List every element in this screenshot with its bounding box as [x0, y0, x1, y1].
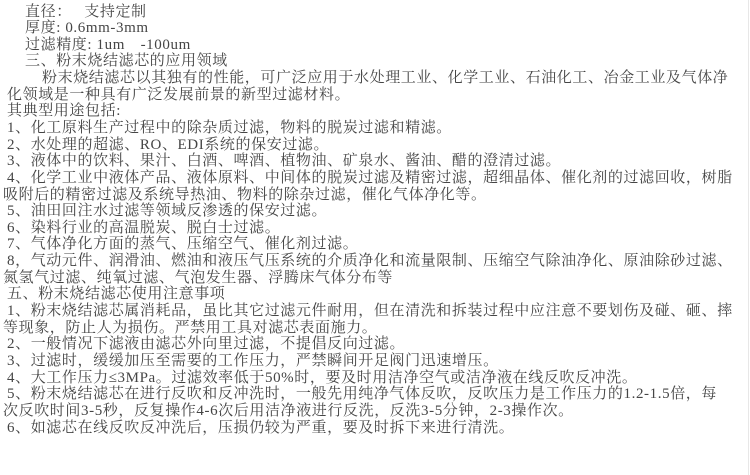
usage-note-1: 1、粉末烧结滤芯属消耗品，虽比其它过滤元件耐用，但在清洗和拆装过程中应注意不要划…	[7, 303, 748, 320]
usage-note-3: 3、过滤时，缓缓加压至需要的工作压力，严禁瞬间开足阀门迅速增压。	[7, 353, 748, 370]
application-item-2: 2、水处理的超滤、RO、EDI系统的保安过滤。	[7, 137, 748, 154]
section-heading-usage-notes: 五、粉末烧结滤芯使用注意事项	[7, 286, 748, 303]
application-item-4-continued: 吸附后的精密过滤及系统导热油、物料的除杂过滤，催化气体净化等。	[3, 187, 748, 204]
typical-uses-label: 其典型用途包括:	[7, 103, 748, 120]
usage-note-5: 5、粉末烧结滤芯在进行反吹和反冲洗时，一般先用纯净气体反吹，反吹压力是工作压力的…	[7, 386, 748, 403]
application-item-5: 5、油田回注水过滤等领域反渗透的保安过滤。	[7, 203, 748, 220]
application-item-6: 6、染料行业的高温脱炭、脱白士过滤。	[7, 220, 748, 237]
application-item-4: 4、化学工业中液体产品、液体原料、中间体的脱炭过滤及精密过滤，超细晶体、催化剂的…	[7, 170, 748, 187]
applications-intro-line-1: 粉末烧结滤芯以其独有的性能，可广泛应用于水处理工业、化学工业、石油化工、冶金工业…	[42, 70, 748, 87]
application-item-3: 3、液体中的饮料、果汁、白酒、啤酒、植物油、矿泉水、酱油、醋的澄清过滤。	[7, 153, 748, 170]
usage-note-5-continued: 次反吹时间3-5秒，反复操作4-6次后用洁净液进行反洗，反洗3-5分钟，2-3操…	[3, 403, 748, 420]
application-item-7: 7、气体净化方面的蒸气、压缩空气、催化剂过滤。	[7, 236, 748, 253]
usage-note-4: 4、大工作压力≤3MPa。过滤效率低于50%时，要及时用洁净空气或洁净液在线反吹…	[7, 370, 748, 387]
application-item-8-continued: 氮氢气过滤、纯氧过滤、气泡发生器、浮腾床气体分布等	[3, 270, 748, 287]
usage-note-2: 2、一般情况下滤液由滤芯外向里过滤，不提倡反向过滤。	[7, 336, 748, 353]
spec-line-thickness: 厚度: 0.6mm-3mm	[25, 20, 748, 37]
usage-note-1-continued: 等现象，防止人为损伤。严禁用工具对滤芯表面施力。	[3, 320, 748, 337]
applications-intro-line-2: 化领域是一种具有广泛发展前景的新型过滤材料。	[7, 87, 748, 104]
spec-line-diameter: 直径： 支持定制	[25, 4, 748, 21]
product-description-document: 直径： 支持定制 厚度: 0.6mm-3mm 过滤精度: 1um -100um …	[0, 0, 749, 475]
section-heading-applications: 三、粉末烧结滤芯的应用领域	[25, 53, 748, 70]
application-item-8: 8，气动元件、润滑油、燃油和液压气压系统的介质净化和流量限制、压缩空气除油净化、…	[7, 253, 748, 270]
usage-note-6: 6、如滤芯在线反吹反冲洗后，压损仍较为严重，要及时拆下来进行清洗。	[7, 420, 748, 437]
application-item-1: 1、化工原料生产过程中的除杂质过滤，物料的脱炭过滤和精滤。	[7, 120, 748, 137]
spec-line-filtration-precision: 过滤精度: 1um -100um	[25, 37, 748, 54]
